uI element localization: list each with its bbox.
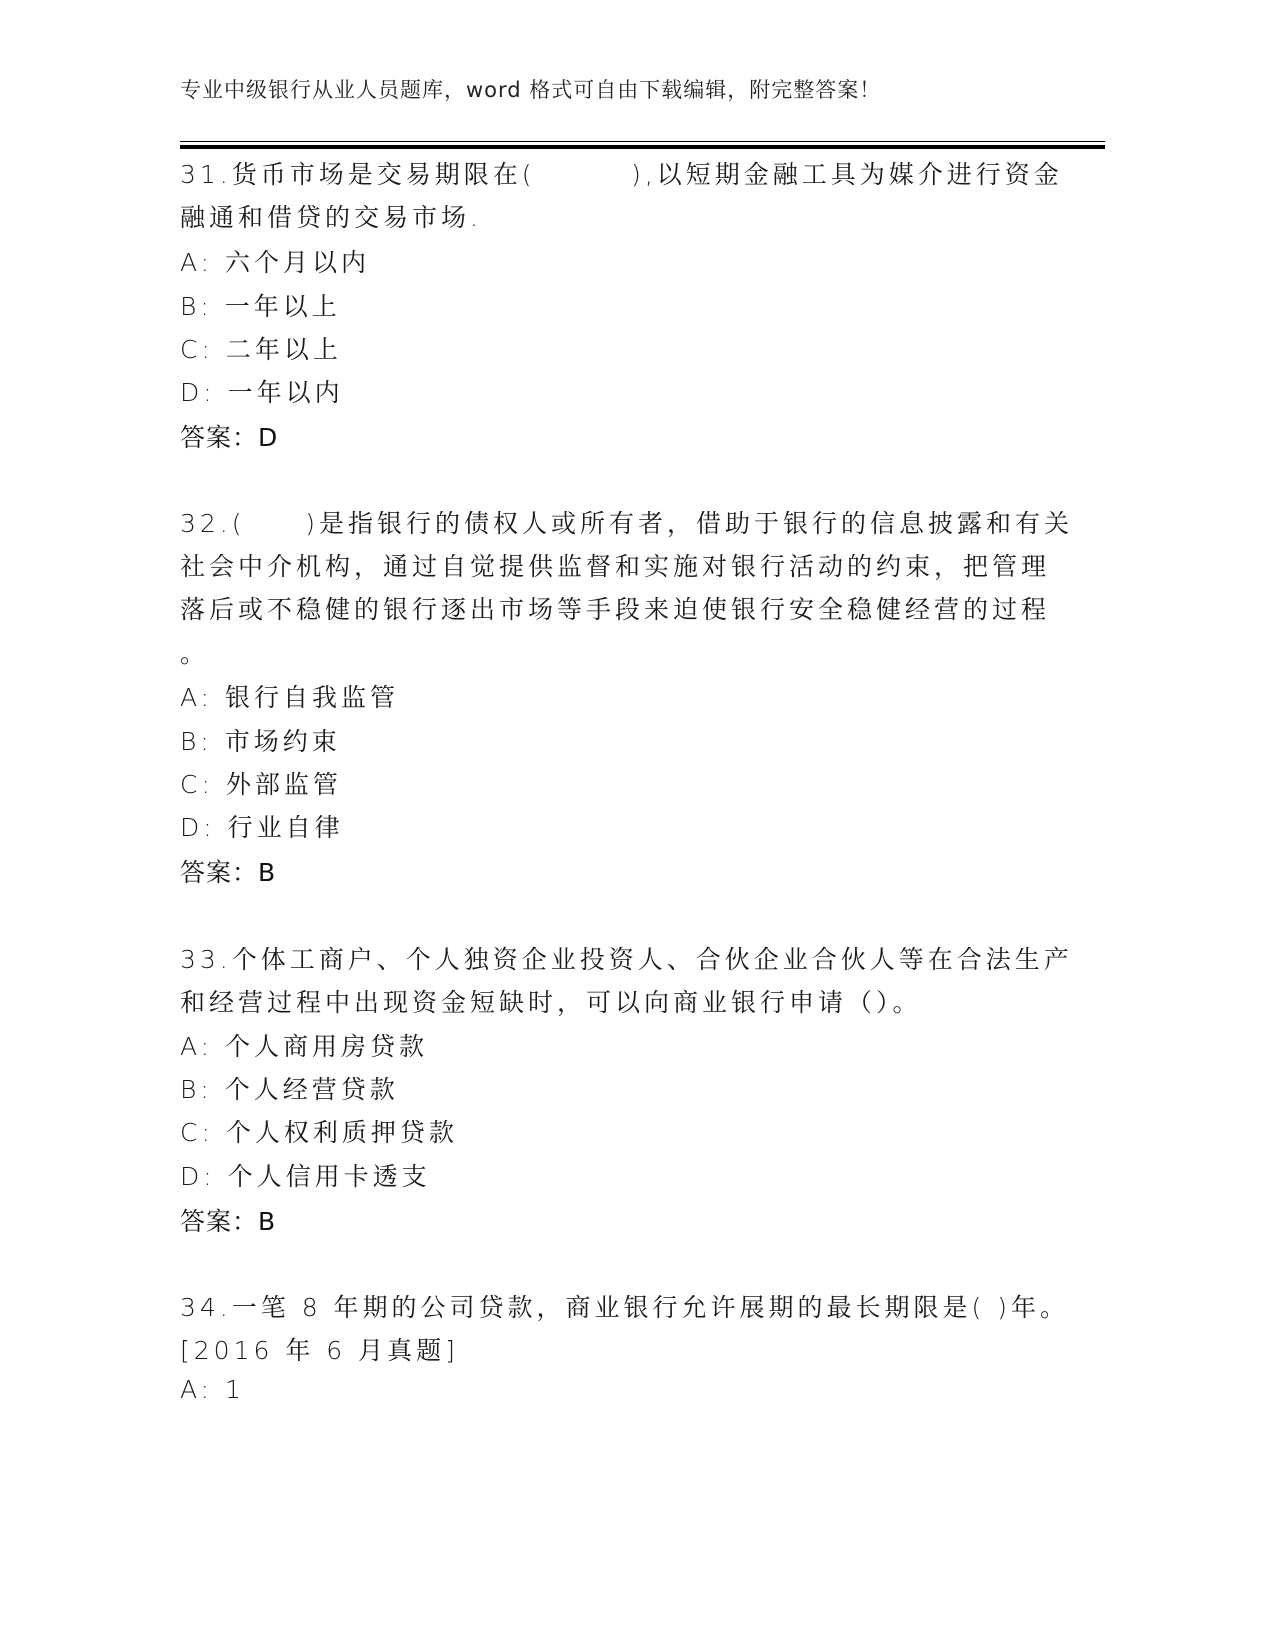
question-33-option-b: B: 个人经营贷款 [180, 1070, 399, 1106]
header-divider-thin [180, 141, 1105, 142]
question-33-line-1: 33.个体工商户、个人独资企业投资人、合伙企业合伙人等在合法生产 [180, 940, 1073, 976]
question-31-option-a: A: 六个月以内 [180, 243, 370, 279]
question-31-option-c: C: 二年以上 [180, 330, 342, 366]
question-32-option-a: A: 银行自我监管 [180, 678, 399, 714]
page-header: 专业中级银行从业人员题库，word 格式可自由下载编辑，附完整答案！ [180, 74, 881, 104]
question-31-line-2: 融通和借贷的交易市场. [180, 198, 482, 234]
question-31-option-d: D: 一年以内 [180, 373, 344, 409]
question-32-line-1: 32.( )是指银行的债权人或所有者，借助于银行的信息披露和有关 [180, 504, 1073, 540]
question-34-line-1: 34.一笔 8 年期的公司贷款，商业银行允许展期的最长期限是( )年。 [180, 1288, 1069, 1324]
question-32-line-2: 社会中介机构，通过自觉提供监督和实施对银行活动的约束，把管理 [180, 547, 1050, 583]
question-32-answer: 答案：B [180, 853, 276, 889]
question-31-answer: 答案：D [180, 418, 278, 454]
question-32-option-d: D: 行业自律 [180, 808, 344, 844]
question-34-line-2: [2016 年 6 月真题] [180, 1331, 459, 1367]
question-33-option-c: C: 个人权利质押贷款 [180, 1113, 458, 1149]
question-32-option-b: B: 市场约束 [180, 722, 341, 758]
question-34-option-a: A: 1 [180, 1375, 245, 1404]
question-32-line-4: 。 [180, 634, 209, 670]
question-33-option-d: D: 个人信用卡透支 [180, 1157, 431, 1193]
question-31-option-b: B: 一年以上 [180, 287, 341, 323]
question-31-line-1: 31.货币市场是交易期限在( ),以短期金融工具为媒介进行资金 [180, 155, 1063, 191]
question-32-option-c: C: 外部监管 [180, 765, 342, 801]
question-33-answer: 答案：B [180, 1202, 276, 1238]
header-divider-thick [180, 145, 1105, 149]
question-33-option-a: A: 个人商用房贷款 [180, 1027, 428, 1063]
question-33-line-2: 和经营过程中出现资金短缺时，可以向商业银行申请（）。 [180, 983, 922, 1019]
question-32-line-3: 落后或不稳健的银行逐出市场等手段来迫使银行安全稳健经营的过程 [180, 590, 1050, 626]
